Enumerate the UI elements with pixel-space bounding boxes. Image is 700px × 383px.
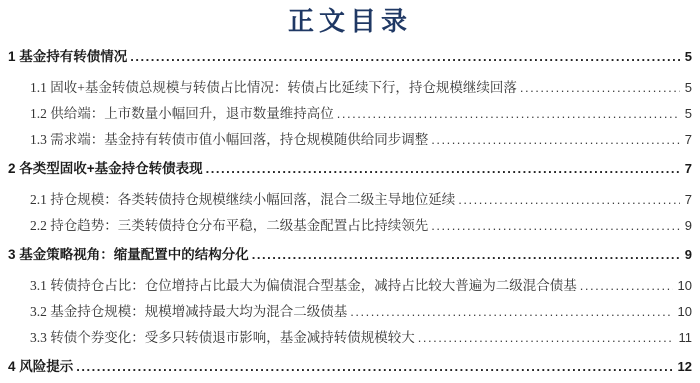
toc-dot-leader bbox=[458, 187, 680, 213]
toc-entry-label: 2 各类型固收+基金持仓转债表现 bbox=[8, 156, 203, 182]
toc-entry-page: 12 bbox=[674, 354, 692, 380]
toc-dot-leader bbox=[76, 354, 672, 380]
toc-dot-leader bbox=[206, 156, 680, 182]
toc-entry-page: 5 bbox=[681, 75, 692, 101]
toc-list: 1 基金持有转债情况 5 1.1 固收+基金转债总规模与转债占比情况：转债占比延… bbox=[8, 38, 692, 380]
toc-dot-leader bbox=[431, 213, 680, 239]
toc-entry[interactable]: 1.3 需求端：基金持有转债市值小幅回落，持仓规模随供给同步调整 7 bbox=[8, 127, 692, 153]
toc-entry[interactable]: 3.2 基金持仓规模：规模增减持最大均为混合二级债基 10 bbox=[8, 299, 692, 325]
toc-entry[interactable]: 2.2 持仓趋势：三类转债持仓分布平稳，二级基金配置占比持续领先 9 bbox=[8, 213, 692, 239]
toc-entry-label: 4 风险提示 bbox=[8, 354, 73, 380]
toc-entry-label: 2.2 持仓趋势：三类转债持仓分布平稳，二级基金配置占比持续领先 bbox=[30, 213, 428, 239]
toc-dot-leader bbox=[431, 127, 680, 153]
toc-entry-label: 3.2 基金持仓规模：规模增减持最大均为混合二级债基 bbox=[30, 299, 347, 325]
toc-entry[interactable]: 2.1 持仓规模：各类转债持仓规模继续小幅回落，混合二级主导地位延续 7 bbox=[8, 187, 692, 213]
document-page: 正文目录 1 基金持有转债情况 5 1.1 固收+基金转债总规模与转债占比情况：… bbox=[0, 0, 700, 383]
toc-entry[interactable]: 1 基金持有转债情况 5 bbox=[8, 44, 692, 70]
toc-entry[interactable]: 3.1 转债持仓占比：仓位增持占比最大为偏债混合型基金，减持占比较大普遍为二级混… bbox=[8, 273, 692, 299]
toc-entry-label: 3.3 转债个券变化：受多只转债退市影响，基金减持转债规模较大 bbox=[30, 325, 415, 351]
toc-entry-label: 1.3 需求端：基金持有转债市值小幅回落，持仓规模随供给同步调整 bbox=[30, 127, 428, 153]
toc-entry[interactable]: 1.2 供给端：上市数量小幅回升，退市数量维持高位 5 bbox=[8, 101, 692, 127]
toc-entry-label: 1.1 固收+基金转债总规模与转债占比情况：转债占比延续下行，持仓规模继续回落 bbox=[30, 75, 517, 101]
toc-dot-leader bbox=[252, 242, 680, 268]
toc-entry-page: 10 bbox=[674, 273, 692, 299]
toc-entry-label: 3 基金策略视角：缩量配置中的结构分化 bbox=[8, 242, 249, 268]
page-title: 正文目录 bbox=[8, 6, 692, 38]
toc-entry-page: 7 bbox=[681, 127, 692, 153]
toc-entry[interactable]: 1.1 固收+基金转债总规模与转债占比情况：转债占比延续下行，持仓规模继续回落 … bbox=[8, 75, 692, 101]
toc-entry-page: 10 bbox=[674, 299, 692, 325]
toc-dot-leader bbox=[580, 273, 673, 299]
toc-entry[interactable]: 3.3 转债个券变化：受多只转债退市影响，基金减持转债规模较大 11 bbox=[8, 325, 692, 351]
toc-dot-leader bbox=[418, 325, 674, 351]
toc-dot-leader bbox=[350, 299, 672, 325]
toc-entry-page: 9 bbox=[681, 242, 692, 268]
toc-entry-label: 1 基金持有转债情况 bbox=[8, 44, 127, 70]
toc-dot-leader bbox=[520, 75, 680, 101]
toc-dot-leader bbox=[337, 101, 680, 127]
toc-entry-page: 7 bbox=[681, 187, 692, 213]
toc-entry-page: 9 bbox=[681, 213, 692, 239]
toc-entry-page: 5 bbox=[681, 44, 692, 70]
toc-entry-label: 1.2 供给端：上市数量小幅回升，退市数量维持高位 bbox=[30, 101, 334, 127]
toc-entry-page: 11 bbox=[675, 325, 693, 351]
toc-entry[interactable]: 2 各类型固收+基金持仓转债表现 7 bbox=[8, 156, 692, 182]
toc-dot-leader bbox=[130, 44, 680, 70]
toc-entry-label: 3.1 转债持仓占比：仓位增持占比最大为偏债混合型基金，减持占比较大普遍为二级混… bbox=[30, 273, 577, 299]
toc-entry-page: 5 bbox=[681, 101, 692, 127]
toc-entry[interactable]: 4 风险提示 12 bbox=[8, 354, 692, 380]
toc-entry-page: 7 bbox=[681, 156, 692, 182]
toc-entry[interactable]: 3 基金策略视角：缩量配置中的结构分化 9 bbox=[8, 242, 692, 268]
toc-entry-label: 2.1 持仓规模：各类转债持仓规模继续小幅回落，混合二级主导地位延续 bbox=[30, 187, 455, 213]
